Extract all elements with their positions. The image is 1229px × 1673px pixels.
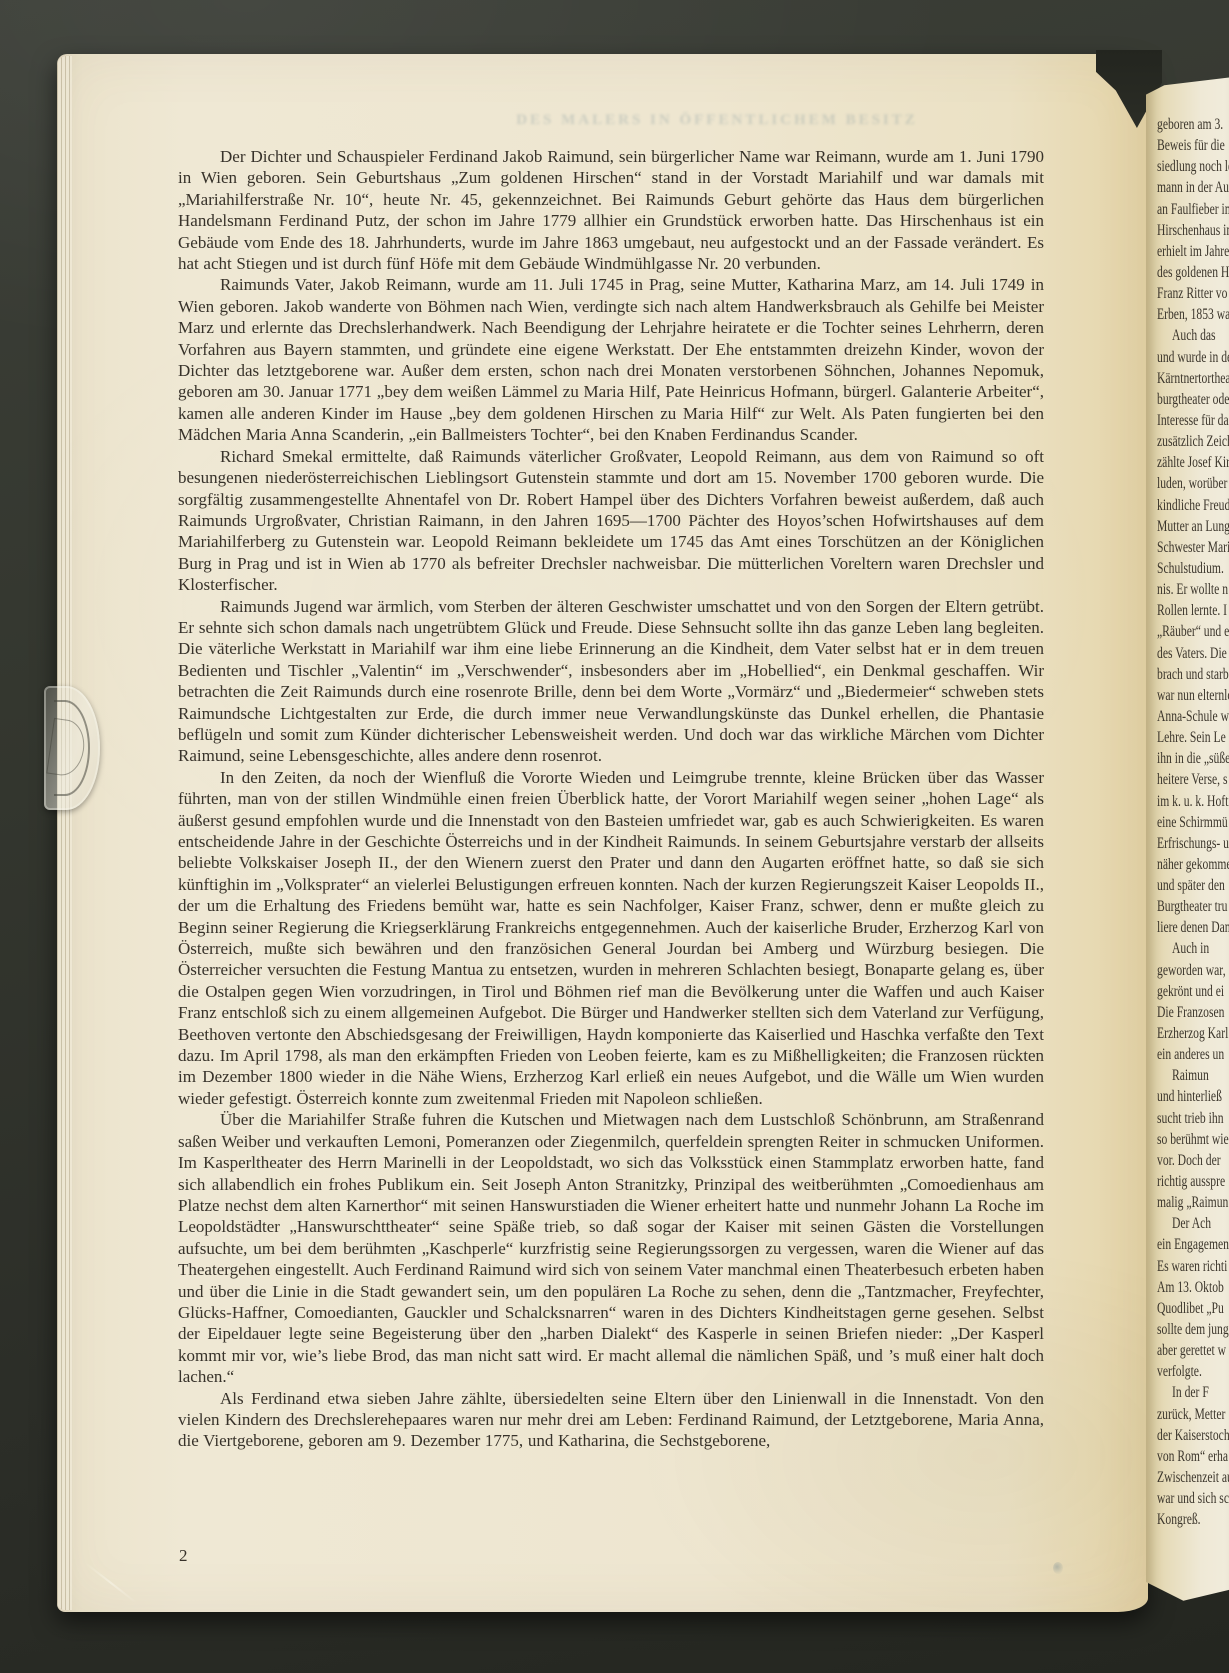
facing-page-line: verfolgte. bbox=[1157, 1361, 1229, 1382]
facing-page-line: Schulstudium. bbox=[1157, 558, 1229, 579]
facing-page-line: luden, worüber bbox=[1157, 473, 1229, 494]
facing-page-line: des Vaters. Die bbox=[1157, 643, 1229, 664]
facing-page-line: ihn in die „süße bbox=[1157, 748, 1229, 769]
facing-page-line: geboren am 3. bbox=[1157, 114, 1229, 135]
facing-page-line: geworden war, bbox=[1157, 960, 1229, 981]
facing-page-line: Der Ach bbox=[1157, 1213, 1229, 1234]
facing-page-line: an Faulfieber im bbox=[1157, 199, 1229, 220]
paragraph: Raimunds Jugend war ärmlich, vom Sterben… bbox=[178, 596, 1044, 767]
show-through-heading: DES MALERS IN ÖFFENTLICHEM BESITZ bbox=[357, 112, 1077, 129]
facing-page-line: malig „Raimun bbox=[1157, 1192, 1229, 1213]
facing-page-line: Erzherzog Karl bbox=[1157, 1023, 1229, 1044]
facing-page-line: näher gekomme bbox=[1157, 854, 1229, 875]
facing-page-line: burgtheater ode bbox=[1157, 389, 1229, 410]
facing-page-line: sucht trieb ihn bbox=[1157, 1108, 1229, 1129]
facing-page-line: zählte Josef Kir bbox=[1157, 452, 1229, 473]
facing-page-line: nis. Er wollte n bbox=[1157, 579, 1229, 600]
facing-page-line: Quodlibet „Pu bbox=[1157, 1298, 1229, 1319]
facing-page-line: Auch in bbox=[1157, 938, 1229, 959]
facing-page-line: und hinterließ bbox=[1157, 1086, 1229, 1107]
facing-page-line: und wurde in de bbox=[1157, 347, 1229, 368]
facing-page-line: zurück, Metter bbox=[1157, 1404, 1229, 1425]
facing-page-line: im k. u. k. Hofti bbox=[1157, 791, 1229, 812]
facing-page-text: geboren am 3.Beweis für diesiedlung noch… bbox=[1157, 114, 1229, 1530]
facing-page-line: Burgtheater tru bbox=[1157, 896, 1229, 917]
paragraph: Als Ferdinand etwa sieben Jahre zählte, … bbox=[178, 1388, 1044, 1452]
facing-page-line: zusätzlich Zeich bbox=[1157, 431, 1229, 452]
facing-page-line: „Räuber“ und e bbox=[1157, 621, 1229, 642]
facing-page-line: Erben, 1853 wa bbox=[1157, 304, 1229, 325]
facing-page-line: gekrönt und ei bbox=[1157, 981, 1229, 1002]
facing-page-line: aber gerettet w bbox=[1157, 1340, 1229, 1361]
main-text-column: Der Dichter und Schauspieler Ferdinand J… bbox=[178, 146, 1044, 1452]
facing-page-line: eine Schirmmü bbox=[1157, 812, 1229, 833]
facing-page-line: erhielt im Jahre bbox=[1157, 241, 1229, 262]
scanned-book-photo: DES MALERS IN ÖFFENTLICHEM BESITZ Der Di… bbox=[0, 0, 1229, 1673]
facing-page-line: von Rom“ erha bbox=[1157, 1446, 1229, 1467]
facing-page-line: Mutter an Lung bbox=[1157, 516, 1229, 537]
facing-page-line: Beweis für die bbox=[1157, 135, 1229, 156]
facing-page-line: Schwester Mari bbox=[1157, 537, 1229, 558]
facing-page-line: siedlung noch le bbox=[1157, 156, 1229, 177]
facing-page-line: Kärntnertorthea bbox=[1157, 368, 1229, 389]
paragraph: Raimunds Vater, Jakob Reimann, wurde am … bbox=[178, 274, 1044, 445]
facing-page-line: der Kaiserstoch bbox=[1157, 1425, 1229, 1446]
facing-page-line: Am 13. Oktob bbox=[1157, 1277, 1229, 1298]
facing-page-line: mann in der Aug bbox=[1157, 177, 1229, 198]
facing-page-line: liere denen Dan bbox=[1157, 917, 1229, 938]
facing-page-line: Anna-Schule wa bbox=[1157, 706, 1229, 727]
facing-page-sliver: geboren am 3.Beweis für diesiedlung noch… bbox=[1146, 54, 1229, 1618]
facing-page-line: Raimun bbox=[1157, 1065, 1229, 1086]
facing-page-line: sollte dem jung bbox=[1157, 1319, 1229, 1340]
stain-dot bbox=[1053, 1562, 1063, 1574]
paragraph: Richard Smekal ermittelte, daß Raimunds … bbox=[178, 446, 1044, 596]
page-number: 2 bbox=[179, 1546, 188, 1566]
facing-page-line: des goldenen H bbox=[1157, 262, 1229, 283]
facing-page-line: brach und starb bbox=[1157, 664, 1229, 685]
facing-page-line: Erfrischungs- u bbox=[1157, 833, 1229, 854]
facing-page-line: kindliche Freud bbox=[1157, 495, 1229, 516]
paragraph: Der Dichter und Schauspieler Ferdinand J… bbox=[178, 146, 1044, 274]
facing-page-line: Interesse für da bbox=[1157, 410, 1229, 431]
facing-page-line: Es waren richti bbox=[1157, 1256, 1229, 1277]
facing-page-line: richtig ausspre bbox=[1157, 1171, 1229, 1192]
facing-page-line: war nun elternlo bbox=[1157, 685, 1229, 706]
facing-page-line: ein anderes un bbox=[1157, 1044, 1229, 1065]
facing-page-line: Lehre. Sein Le bbox=[1157, 727, 1229, 748]
facing-page-line: Rollen lernte. I bbox=[1157, 600, 1229, 621]
facing-page-line: Zwischenzeit au bbox=[1157, 1467, 1229, 1488]
facing-page-line: Kongreß. bbox=[1157, 1509, 1229, 1530]
facing-page-line: war und sich sch bbox=[1157, 1488, 1229, 1509]
page-stack-edge bbox=[57, 56, 72, 1610]
book-page: DES MALERS IN ÖFFENTLICHEM BESITZ Der Di… bbox=[57, 54, 1148, 1612]
facing-page-line: ein Engagemen bbox=[1157, 1234, 1229, 1255]
facing-page-line: heitere Verse, s bbox=[1157, 769, 1229, 790]
facing-page-line: vor. Doch der bbox=[1157, 1150, 1229, 1171]
facing-page-line: Auch das bbox=[1157, 325, 1229, 346]
paragraph: Über die Mariahilfer Straße fuhren die K… bbox=[178, 1109, 1044, 1387]
scratch-mark bbox=[85, 1563, 137, 1604]
facing-page-line: In der F bbox=[1157, 1382, 1229, 1403]
facing-page-line: Hirschenhaus in bbox=[1157, 220, 1229, 241]
facing-page-line: Die Franzosen bbox=[1157, 1002, 1229, 1023]
facing-page-line: und später den bbox=[1157, 875, 1229, 896]
facing-page-line: Franz Ritter vo bbox=[1157, 283, 1229, 304]
facing-page-line: so berühmt wie bbox=[1157, 1129, 1229, 1150]
paragraph: In den Zeiten, da noch der Wienfluß die … bbox=[178, 767, 1044, 1110]
